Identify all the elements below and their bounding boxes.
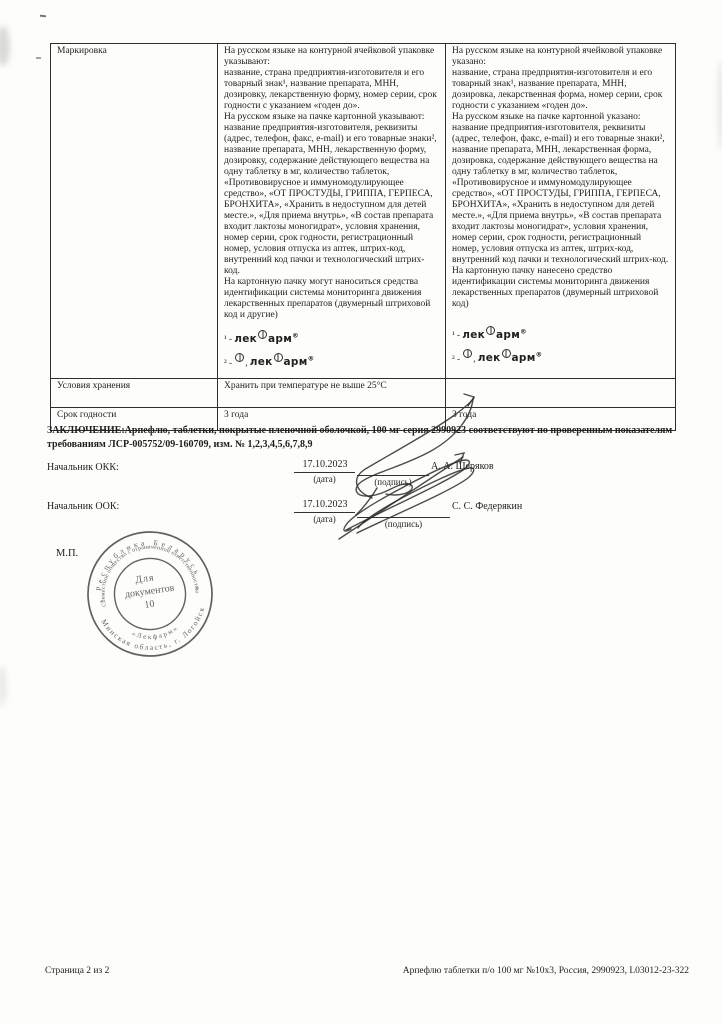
marking-paragraph: На русском языке на контурной ячейковой … — [452, 46, 669, 68]
scan-smudge — [717, 60, 722, 150]
lekpharm-phi-icon — [235, 353, 244, 362]
footnote-marker: ² - — [224, 357, 232, 367]
conclusion-text: Арпефлю, таблетки, покрытые пленочной об… — [47, 425, 672, 450]
logo-text: лек — [250, 356, 273, 368]
marking-paragraph: На русском языке на контурной ячейковой … — [224, 46, 439, 68]
registered-mark: ® — [536, 351, 543, 359]
caption-date: (дата) — [294, 474, 355, 484]
logo-text: арм — [512, 352, 536, 364]
conclusion-paragraph: ЗАКЛЮЧЕНИЕ:Арпефлю, таблетки, покрытые п… — [47, 424, 695, 451]
lekpharm-logo: лекарм® — [250, 356, 315, 368]
date-line — [294, 472, 355, 473]
lekpharm-phi-icon — [502, 349, 511, 358]
pen-mark — [40, 15, 46, 18]
registered-mark: ® — [520, 327, 527, 335]
date-line — [294, 512, 355, 513]
role-okk: Начальник ОКК: — [47, 462, 119, 473]
lekpharm-logo: лекарм® — [462, 329, 527, 341]
footnote-marker: ¹ - — [224, 334, 232, 344]
lekpharm-phi-icon — [274, 353, 283, 362]
caption-date: (дата) — [294, 514, 355, 524]
marking-paragraph: название, страна предприятия-изготовител… — [224, 68, 439, 112]
marking-paragraph: На русском языке на пачке картонной указ… — [452, 112, 669, 266]
storage-label-cell: Условия хранения — [51, 379, 218, 408]
logo-text: лек — [234, 333, 257, 345]
footnote-1: ¹ - лекарм® — [452, 326, 669, 341]
date-value: 17.10.2023 — [296, 459, 354, 470]
signature-okk-tail — [356, 488, 377, 515]
scan-smudge — [0, 666, 7, 706]
storage-value: Хранить при температуре не выше 25°С — [224, 381, 387, 391]
date-block-okk: 17.10.2023 — [296, 459, 354, 470]
caption-sign: (подпись) — [357, 519, 450, 529]
signer-name-okk: А. А. Шеряков — [431, 461, 494, 472]
sign-caption-okk: (подпись) — [357, 477, 429, 487]
signer-name-ook: С. С. Федерякин — [452, 501, 522, 512]
marking-paragraph: название, страна предприятия-изготовител… — [452, 68, 669, 112]
document-reference: Арпефлю таблетки п/о 100 мг №10х3, Росси… — [403, 966, 689, 976]
logo-text: арм — [496, 329, 520, 341]
footnote-1: ¹ - лекарм® — [224, 330, 439, 345]
marking-paragraph: На картонную пачку могут наноситься сред… — [224, 277, 439, 321]
comma: , — [245, 357, 247, 367]
stamp-outer-bottom-text: Минская область, г. Логойск — [99, 604, 212, 659]
company-round-stamp: Республика Беларусь Минская область, г. … — [75, 519, 224, 668]
comma: , — [473, 353, 475, 363]
marking-col3-cell: На русском языке на контурной ячейковой … — [446, 44, 676, 379]
scanned-document-page: Маркировка На русском языке на контурной… — [0, 0, 722, 1024]
marking-paragraph: На картонную пачку нанесено средство иде… — [452, 266, 669, 310]
stamp-center-line2: документов — [124, 583, 175, 601]
scan-smudge — [0, 26, 10, 66]
stamp-center-line1: Для — [134, 572, 155, 586]
lekpharm-phi-icon — [486, 326, 495, 335]
stamp-center-line3: 10 — [144, 599, 155, 611]
shelf-life-value: 3 года — [224, 410, 248, 420]
lekpharm-phi-icon — [463, 349, 472, 358]
registered-mark: ® — [292, 331, 299, 339]
marking-paragraph: На русском языке на пачке картонной указ… — [224, 112, 439, 277]
footnote-marker: ² - — [452, 353, 460, 363]
logo-text: арм — [284, 356, 308, 368]
logo-text: лек — [478, 352, 501, 364]
pen-mark — [36, 57, 41, 59]
table-row-storage: Условия хранения Хранить при температуре… — [51, 379, 676, 408]
marking-label: Маркировка — [57, 46, 107, 56]
stamp-star-right: * — [196, 585, 201, 593]
storage-empty-cell — [446, 379, 676, 408]
date-value: 17.10.2023 — [296, 499, 354, 510]
conclusion-label: ЗАКЛЮЧЕНИЕ: — [47, 425, 125, 436]
date-caption-okk: (дата) — [294, 474, 355, 484]
page-number: Страница 2 из 2 — [45, 966, 109, 976]
caption-sign: (подпись) — [357, 477, 429, 487]
lekpharm-phi-icon — [258, 330, 267, 339]
marking-label-cell: Маркировка — [51, 44, 218, 379]
footnote-2: ² - , лекарм® — [224, 354, 439, 369]
table-row-marking: Маркировка На русском языке на контурной… — [51, 44, 676, 379]
registered-mark: ® — [308, 355, 315, 363]
signature-line-ook — [357, 517, 450, 518]
sign-caption-ook: (подпись) — [357, 519, 450, 529]
shelf-life-label: Срок годности — [57, 410, 116, 420]
footnote-marker: ¹ - — [452, 330, 460, 340]
storage-label: Условия хранения — [57, 381, 130, 391]
footnote-2: ² - , лекарм® — [452, 350, 669, 365]
signature-line-okk — [357, 475, 429, 476]
logo-text: арм — [268, 333, 292, 345]
spec-table: Маркировка На русском языке на контурной… — [50, 43, 676, 431]
date-block-ook: 17.10.2023 — [296, 499, 354, 510]
date-caption-ook: (дата) — [294, 514, 355, 524]
lekpharm-logo: лекарм® — [234, 333, 299, 345]
role-ook: Начальник ООК: — [47, 501, 119, 512]
shelf-life-value: 3 года — [452, 410, 476, 420]
marking-col2-cell: На русском языке на контурной ячейковой … — [218, 44, 446, 379]
mp-label: М.П. — [56, 548, 78, 559]
lekpharm-logo: лекарм® — [478, 352, 543, 364]
logo-text: лек — [462, 329, 485, 341]
storage-value-cell: Хранить при температуре не выше 25°С — [218, 379, 446, 408]
